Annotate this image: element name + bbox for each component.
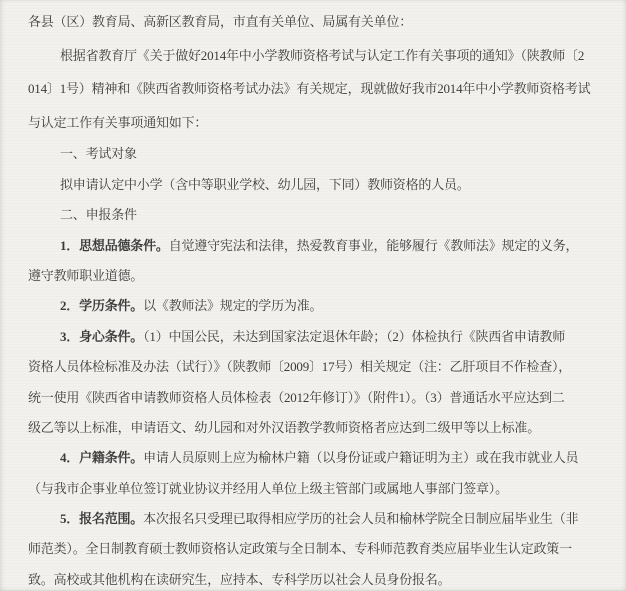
doc-text: 拟申请认定中小学（含中等职业学校、幼儿园，下同）教师资格的人员。	[60, 177, 470, 192]
doc-text: 二、申报条件	[60, 207, 137, 222]
notice-document: 各县（区）教育局、高新区教育局，市直有关单位、局属有关单位：根据省教育厅《关于做…	[0, 0, 626, 591]
doc-text: 致。高校或其他机构在读研究生，应持本、专科学历以社会人员身份报名。	[28, 572, 450, 587]
doc-text: 一、考试对象	[60, 146, 137, 161]
doc-line: 根据省教育厅《关于做好2014年中小学教师资格考试与认定工作有关事项的通知》（陕…	[28, 39, 598, 73]
doc-text: 师范类）。全日制教育硕士教师资格认定政策与全日制本、专科师范教育类应届毕业生认定…	[28, 541, 572, 556]
page-background: { "colors": { "background": "#f2f1ee", "…	[0, 0, 626, 591]
doc-line: 统一使用《陕西省申请教师资格人员体检表（2012年修订）》（附件1）。（3）普通…	[28, 383, 598, 413]
doc-text: （与我市企事业单位签订就业协议并经用人单位上级主管部门或属地人事部门签章）。	[28, 481, 508, 496]
doc-text: （1）中国公民，未达到国家法定退休年龄；（2）体检执行《陕西省申请教师	[143, 329, 565, 344]
doc-line: 与认定工作有关事项通知如下：	[28, 106, 598, 140]
doc-line: 资格人员体检标准及办法（试行）》（陕教师〔2009〕17号）相关规定（注：乙肝项…	[28, 352, 598, 382]
doc-line: 拟申请认定中小学（含中等职业学校、幼儿园，下同）教师资格的人员。	[28, 170, 598, 200]
clause-heading: 1．思想品德条件。	[60, 238, 169, 253]
doc-text: 各县（区）教育局、高新区教育局，市直有关单位、局属有关单位：	[28, 14, 412, 29]
clause-heading: 4．户籍条件。	[60, 450, 143, 465]
doc-line: 致。高校或其他机构在读研究生，应持本、专科学历以社会人员身份报名。	[28, 565, 598, 591]
doc-line: 一、考试对象	[28, 139, 598, 169]
doc-text: 统一使用《陕西省申请教师资格人员体检表（2012年修订）》（附件1）。（3）普通…	[28, 390, 565, 405]
doc-text: 以《教师法》规定的学历为准。	[143, 298, 322, 313]
doc-line: 遵守教师职业道德。	[28, 261, 598, 291]
doc-line: 3．身心条件。（1）中国公民，未达到国家法定退休年龄；（2）体检执行《陕西省申请…	[28, 322, 598, 352]
doc-line: 1．思想品德条件。自觉遵守宪法和法律，热爱教育事业，能够履行《教师法》规定的义务…	[28, 231, 598, 261]
doc-line: 2．学历条件。以《教师法》规定的学历为准。	[28, 291, 598, 321]
doc-line: 师范类）。全日制教育硕士教师资格认定政策与全日制本、专科师范教育类应届毕业生认定…	[28, 534, 598, 564]
doc-line: （与我市企事业单位签订就业协议并经用人单位上级主管部门或属地人事部门签章）。	[28, 474, 598, 504]
doc-line: 各县（区）教育局、高新区教育局，市直有关单位、局属有关单位：	[28, 5, 598, 39]
doc-line: 级乙等以上标准，申请语文、幼儿园和对外汉语教学教师资格者应达到二级甲等以上标准。	[28, 413, 598, 443]
doc-text: 根据省教育厅《关于做好2014年中小学教师资格考试与认定工作有关事项的通知》（陕…	[60, 48, 584, 63]
doc-text: 申请人员原则上应为榆林户籍（以身份证或户籍证明为主）或在我市就业人员	[143, 450, 578, 465]
clause-heading: 3．身心条件。	[60, 329, 143, 344]
doc-text: 遵守教师职业道德。	[28, 268, 143, 283]
doc-text: 资格人员体检标准及办法（试行）》（陕教师〔2009〕17号）相关规定（注：乙肝项…	[28, 359, 571, 374]
doc-line: 014〕1号）精神和《陕西省教师资格考试办法》有关规定，现就做好我市2014年中…	[28, 72, 598, 106]
doc-text: 自觉遵守宪法和法律，热爱教育事业，能够履行《教师法》规定的义务，	[169, 238, 579, 253]
clause-heading: 5．报名范围。	[60, 511, 143, 526]
clause-heading: 2．学历条件。	[60, 298, 143, 313]
doc-text: 014〕1号）精神和《陕西省教师资格考试办法》有关规定，现就做好我市2014年中…	[28, 81, 590, 96]
doc-text: 本次报名只受理已取得相应学历的社会人员和榆林学院全日制应届毕业生（非	[143, 511, 578, 526]
doc-text: 与认定工作有关事项通知如下：	[28, 115, 207, 130]
doc-line: 4．户籍条件。申请人员原则上应为榆林户籍（以身份证或户籍证明为主）或在我市就业人…	[28, 443, 598, 473]
doc-line: 二、申报条件	[28, 200, 598, 230]
doc-text: 级乙等以上标准，申请语文、幼儿园和对外汉语教学教师资格者应达到二级甲等以上标准。	[28, 420, 540, 435]
doc-line: 5．报名范围。本次报名只受理已取得相应学历的社会人员和榆林学院全日制应届毕业生（…	[28, 504, 598, 534]
